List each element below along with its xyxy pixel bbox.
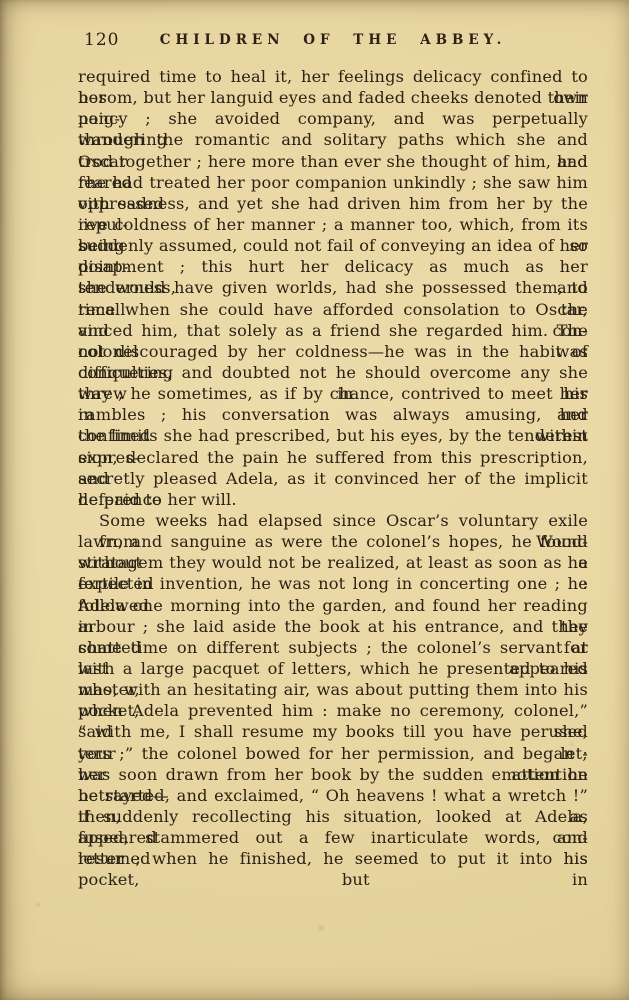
- text-line: ters ;” the colonel bowed for her permis…: [78, 743, 588, 764]
- text-line: time when she could have afforded consol…: [78, 299, 588, 320]
- text-line: fertile in invention, he was not long in…: [78, 573, 588, 594]
- text-line: rambles ; his conversation was always am…: [78, 404, 588, 425]
- paragraph-2: Some weeks had elapsed since Oscar’s vol…: [78, 510, 588, 869]
- text-line: fused, stammered out a few inarticulate …: [78, 827, 588, 848]
- text-line: secretly pleased Adela, as it convinced …: [78, 468, 588, 489]
- text-line: “ with me, I shall resume my books till …: [78, 721, 588, 742]
- text-line: way ; he sometimes, as if by chance, con…: [78, 383, 588, 404]
- text-line: if suddenly recollecting his situation, …: [78, 806, 588, 827]
- text-line: vith sadness, and yet she had driven him…: [78, 193, 588, 214]
- text-line: he started, and exclaimed, “ Oh heavens …: [78, 785, 588, 806]
- text-line: through the romantic and solitary paths …: [78, 129, 588, 150]
- text-line: she would have given worlds, had she pos…: [78, 277, 588, 298]
- text-line: not discouraged by her coldness—he was i…: [78, 341, 588, 362]
- text-line: Some weeks had elapsed since Oscar’s vol…: [78, 510, 588, 531]
- text-line: suddenly assumed, could not fail of conv…: [78, 235, 588, 256]
- text-line: arbour ; she laid aside the book at his …: [78, 616, 588, 637]
- text-line: Adela one morning into the garden, and f…: [78, 595, 588, 616]
- text-line: when Adela prevented him : make no cerem…: [78, 700, 588, 721]
- text-line: he paid to her will.: [78, 489, 588, 510]
- text-line: difficulties, and doubted not he should …: [78, 362, 588, 383]
- text-line: with a large pacquet of letters, which h…: [78, 658, 588, 679]
- page-header: 120 CHILDREN OF THE ABBEY.: [78, 30, 588, 54]
- text-line: trod together ; here more than ever she …: [78, 151, 588, 172]
- text-line: sion, declared the pain he suffered from…: [78, 447, 588, 468]
- text-line: vinced him, that solely as a friend she …: [78, 320, 588, 341]
- text-line: lawn, and sanguine as were the colonel’s…: [78, 531, 588, 552]
- text-line: stratagem they would not be realized, at…: [78, 552, 588, 573]
- book-page: 120 CHILDREN OF THE ABBEY. required time…: [0, 0, 629, 1000]
- text-line: letter ; when he finished, he seemed to …: [78, 848, 588, 869]
- text-line: rhe had treated her poor companion unkin…: [78, 172, 588, 193]
- text-block: required time to heal it, her feelings d…: [78, 66, 588, 869]
- running-title: CHILDREN OF THE ABBEY.: [78, 32, 588, 48]
- text-line: who, with an hesitating air, was about p…: [78, 679, 588, 700]
- text-line: nancy ; she avoided company, and was per…: [78, 108, 588, 129]
- text-line: pointment ; this hurt her delicacy as mu…: [78, 256, 588, 277]
- text-line: some time on different subjects ; the co…: [78, 637, 588, 658]
- text-line: the limits she had prescribed, but his e…: [78, 425, 588, 446]
- text-line: was soon drawn from her book by the sudd…: [78, 764, 588, 785]
- text-line: required time to heal it, her feelings d…: [78, 66, 588, 87]
- paragraph-1: required time to heal it, her feelings d…: [78, 66, 588, 510]
- text-line: iive coldness of her manner ; a manner t…: [78, 214, 588, 235]
- text-line: bosom, but her languid eyes and faded ch…: [78, 87, 588, 108]
